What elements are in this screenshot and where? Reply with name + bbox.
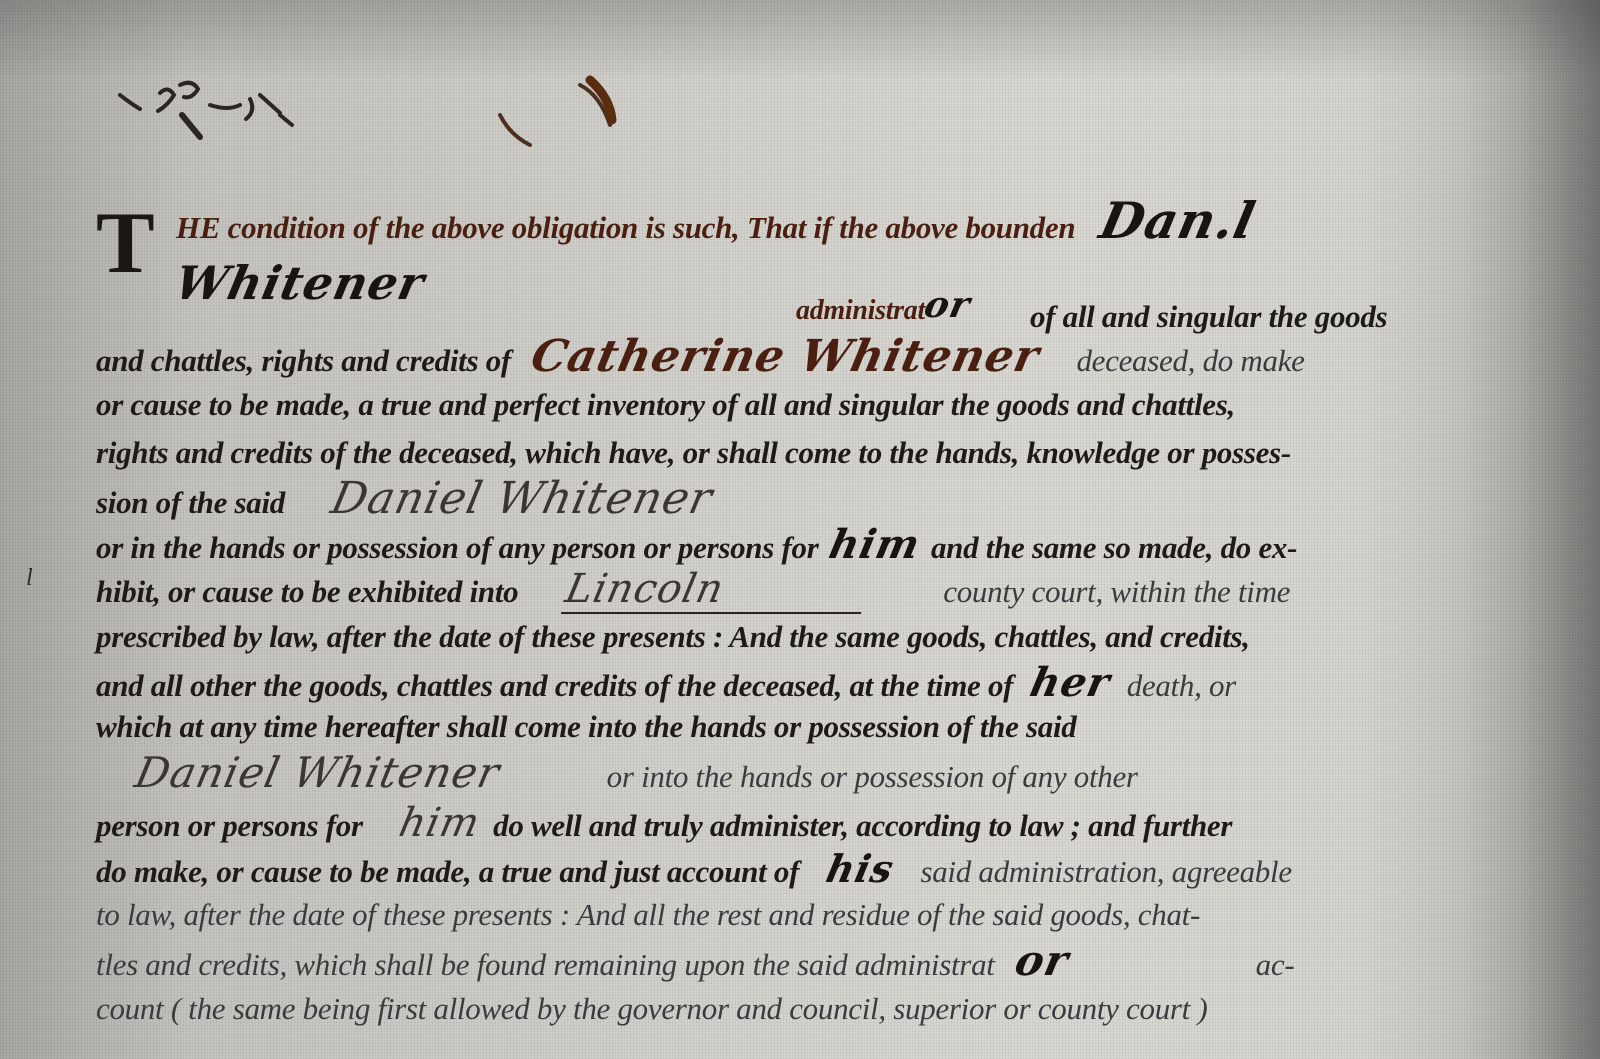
handwritten-name-dan: Dan.l (1096, 198, 1259, 244)
text-line-4: and chattles, rights and credits of Cath… (96, 334, 1305, 380)
printed-text: ac- (1256, 947, 1295, 982)
printed-text: and the same so made, do ex- (931, 530, 1297, 565)
text-line-17: tles and credits, which shall be found r… (96, 938, 1294, 984)
printed-text: and chattles, rights and credits of (96, 343, 511, 378)
screen-shadow-right (1460, 0, 1600, 1059)
text-line-5: or cause to be made, a true and perfect … (96, 382, 1235, 428)
printed-text: prescribed by law, after the date of the… (96, 619, 1250, 654)
printed-text: or in the hands or possession of any per… (96, 530, 818, 565)
printed-text: count ( the same being first allowed by … (96, 991, 1207, 1026)
margin-mark: l (26, 565, 33, 592)
printed-text: or cause to be made, a true and perfect … (96, 387, 1235, 422)
printed-text: sion of the said (96, 485, 285, 520)
drop-cap: T (96, 200, 154, 288)
printed-text: which at any time hereafter shall come i… (96, 709, 1076, 744)
handwritten-or: or (920, 282, 975, 328)
printed-text: death, or (1127, 668, 1236, 703)
handwritten-surname-whitener: Whitener (171, 260, 429, 306)
printed-administrator: administrat (796, 295, 925, 326)
printed-text: or into the hands or possession of any o… (607, 759, 1138, 794)
printed-text: do make, or cause to be made, a true and… (96, 854, 799, 889)
handwritten-him-2: him (395, 800, 484, 846)
handwritten-daniel-whitener: Daniel Whitener (328, 476, 718, 522)
text-line-14: person or persons for him do well and tr… (96, 800, 1232, 846)
printed-text: do well and truly administer, according … (493, 808, 1232, 843)
printed-text: tles and credits, which shall be found r… (96, 947, 995, 982)
handwritten-him: him (825, 522, 924, 568)
text-line-15: do make, or cause to be made, a true and… (96, 846, 1292, 892)
printed-text: to law, after the date of these presents… (96, 897, 1200, 932)
text-line-8: or in the hands or possession of any per… (96, 522, 1297, 568)
printed-text: deceased, do make (1076, 343, 1304, 378)
printed-text: rights and credits of the deceased, whic… (96, 435, 1291, 470)
handwritten-daniel-whitener-2: Daniel Whitener (131, 750, 504, 796)
printed-text: of all and singular the goods (1030, 299, 1387, 334)
handwritten-catherine-whitener: Catherine Whitener (528, 334, 1044, 380)
screen-glare-top (0, 0, 1600, 80)
text-line-11: and all other the goods, chattles and cr… (96, 660, 1236, 706)
printed-text: and all other the goods, chattles and cr… (96, 668, 1013, 703)
text-line-18: count ( the same being first allowed by … (96, 986, 1207, 1032)
top-scribble-marks (100, 75, 640, 155)
handwritten-her: her (1026, 660, 1114, 706)
text-line-12: which at any time hereafter shall come i… (96, 704, 1076, 750)
handwritten-his: his (822, 846, 898, 892)
printed-text: county court, within the time (943, 574, 1290, 609)
text-line-13: Daniel Whitener or into the hands or pos… (136, 750, 1138, 796)
handwritten-or-2: or (1011, 938, 1073, 984)
text-line-10: prescribed by law, after the date of the… (96, 614, 1250, 660)
text-line-2: Whitener (176, 260, 424, 306)
printed-text: HE condition of the above obligation is … (176, 210, 1075, 245)
text-line-1: HE condition of the above obligation is … (176, 198, 1254, 244)
printed-text: said administration, agreeable (920, 854, 1291, 889)
handwritten-county-lincoln: Lincoln (561, 566, 871, 614)
text-line-6: rights and credits of the deceased, whic… (96, 430, 1291, 476)
text-line-7: sion of the said Daniel Whitener (96, 476, 712, 522)
text-line-9: hibit, or cause to be exhibited into Lin… (96, 566, 1290, 612)
printed-text: person or persons for (96, 808, 363, 843)
printed-text: hibit, or cause to be exhibited into (96, 574, 518, 609)
text-line-16: to law, after the date of these presents… (96, 892, 1200, 938)
